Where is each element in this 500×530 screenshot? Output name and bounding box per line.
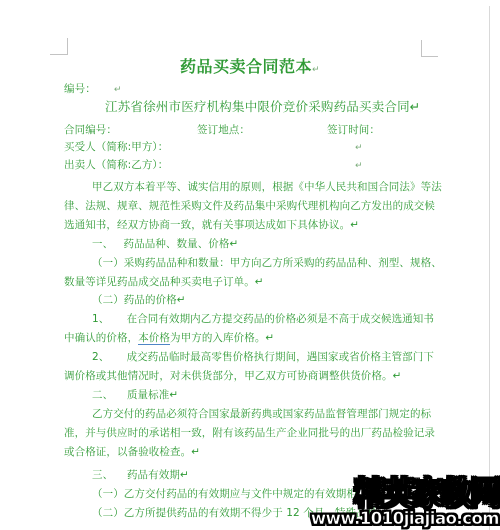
doc-line: 乙方交付的药品必须符合国家最新药典或国家药品监督管理部门规定的标 [92,408,431,420]
watermark-brand: 精英家教网 [311,477,499,511]
contract-title-text: 药品买卖合同范本 [180,57,312,76]
doc-section-2-heading: 二、 质量标准↵ [92,389,178,401]
text-boundary-mark-top-left [50,38,68,55]
doc-section-1-heading: 一、 药品品种、数量、价格↵ [92,238,238,250]
contract-no-label: 合同编号： [64,124,117,136]
doc-line: 调价格或其他情况时，对未供货部分，甲乙双方可协商调整供货价格。↵ [64,370,402,382]
seller-label: 出卖人（简称:乙方）： [64,159,168,171]
sign-place-label: 签订地点： [197,124,250,136]
doc-line: 律、法规、规章、规范性采购文件及药品集中采购代理机构向乙方发出的成交候 [64,200,435,212]
document-page: 药品买卖合同范本↵ 编号：↵ 江苏省徐州市医疗机构集中限价竞价采购药品买卖合同↵… [0,0,500,530]
doc-line: （一）采购药品品种和数量：甲方向乙方所采购的药品品种、剂型、规格、 [92,257,442,269]
doc-number-line: 编号：↵ [64,83,121,95]
doc-line: 2、 成交药品临时最高零售价格执行期间，遇国家或省价格主管部门下 [92,351,434,363]
seller-line: 出卖人（简称:乙方）：↵ [64,159,444,171]
sign-time-label: 签订时间： [327,124,380,136]
text-boundary-mark-top-right [421,40,438,57]
doc-line: 选通知书，经双方协商一致，就有关事项达成如下具体协议。↵ [64,219,359,231]
doc-line: （二）药品的价格↵ [92,294,186,306]
doc-line: 或合格证，以备验收检查。↵ [64,446,200,458]
page-right-edge [489,6,490,530]
contract-title: 药品买卖合同范本↵ [0,58,500,76]
site-watermark: 精英家教网 www.1010jiajiao.com [311,477,499,527]
paragraph-mark: ↵ [355,161,363,171]
paragraph-mark: ↵ [114,85,122,95]
paragraph-mark: ↵ [312,65,320,75]
doc-line: 准，并与供应时的承诺相一致，附有该药品生产企业同批号的出厂药品检验记录 [64,427,435,439]
paragraph-mark: ↵ [355,143,363,153]
contract-subtitle: 江苏省徐州市医疗机构集中限价竞价采购药品买卖合同↵ [105,100,420,114]
doc-section-3-heading: 三、 药品有效期↵ [92,469,189,481]
doc-line: 1、 在合同有效期内乙方提交药品的价格必须是不高于成交候选通知书 [92,313,434,325]
price-line-underlined-term: 本价格 [138,332,170,345]
price-line-post: 为甲方的入库价格。↵ [170,332,274,344]
buyer-label: 买受人（简称:甲方）： [64,141,168,153]
doc-line: 数量等详见药品成交品种买卖电子订单。↵ [64,276,264,288]
contract-header-row: 合同编号： 签订地点： 签订时间： [64,124,464,138]
doc-line: 甲乙双方本着平等、诚实信用的原则，根据《中华人民共和国合同法》等法 [92,181,442,193]
doc-line-underlined: 中确认的价格，本价格为甲方的入库价格。↵ [64,332,274,344]
price-line-pre: 中确认的价格， [64,332,138,344]
watermark-url: www.1010jiajiao.com [311,510,499,527]
doc-number-label: 编号： [64,83,96,95]
buyer-line: 买受人（简称:甲方）：↵ [64,141,444,153]
